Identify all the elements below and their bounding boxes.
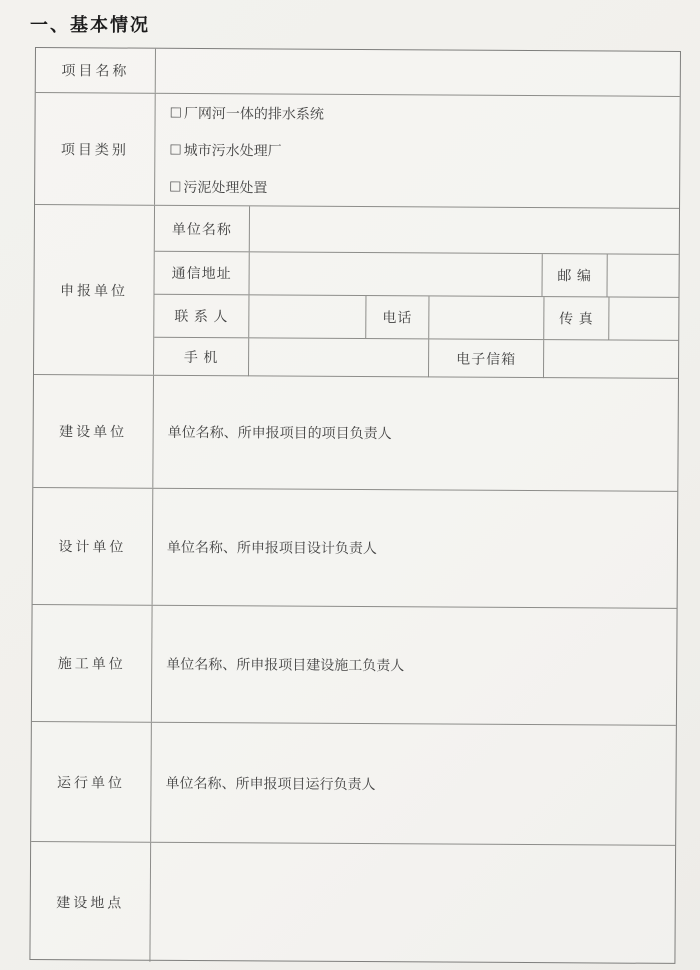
subrow-contact: 联 系 人 电话 传 真 xyxy=(154,295,678,341)
option-drainage-system: □ 厂网河一体的排水系统 xyxy=(169,94,679,134)
phone-label: 电话 xyxy=(366,296,429,338)
scanned-document-page: 一、基本情况 项目名称 项目类别 □ 厂网河一体的排水系统 □ 城市污水处理厂 … xyxy=(0,0,700,970)
subrow-mobile: 手 机 电子信箱 xyxy=(154,338,678,379)
applicant-unit-label: 申报单位 xyxy=(34,205,155,375)
phone-value-cell xyxy=(429,296,544,339)
project-category-label: 项目类别 xyxy=(35,93,156,205)
operating-unit-label: 运行单位 xyxy=(31,722,152,842)
row-operating-unit: 运行单位 单位名称、所申报项目运行负责人 xyxy=(31,722,676,846)
option-sludge-treatment: □ 污泥处理处置 xyxy=(169,168,679,208)
contact-value-cell xyxy=(249,295,366,338)
checkbox-icon: □ xyxy=(170,105,182,120)
unit-name-value-cell xyxy=(250,206,679,254)
construction-site-label: 建设地点 xyxy=(30,842,151,962)
project-name-label: 项目名称 xyxy=(36,48,156,93)
construction-site-content xyxy=(150,843,675,965)
checkbox-icon: □ xyxy=(169,142,181,157)
row-construction-site: 建设地点 xyxy=(30,842,675,965)
postcode-label: 邮 编 xyxy=(542,254,607,296)
row-project-name: 项目名称 xyxy=(36,48,680,97)
basic-info-table: 项目名称 项目类别 □ 厂网河一体的排水系统 □ 城市污水处理厂 □ 污泥处理处… xyxy=(29,47,681,964)
construction-unit-label: 建设单位 xyxy=(33,375,154,488)
design-unit-label: 设计单位 xyxy=(33,488,154,605)
applicant-unit-grid: 单位名称 通信地址 邮 编 联 系 人 电话 传 真 xyxy=(154,206,679,378)
section-title: 一、基本情况 xyxy=(30,11,150,37)
subrow-address: 通信地址 邮 编 xyxy=(154,252,678,298)
fax-label: 传 真 xyxy=(544,297,609,339)
option-label: 污泥处理处置 xyxy=(183,176,267,197)
row-project-category: 项目类别 □ 厂网河一体的排水系统 □ 城市污水处理厂 □ 污泥处理处置 xyxy=(35,93,680,209)
subrow-unit-name: 单位名称 xyxy=(155,206,679,255)
option-sewage-plant: □ 城市污水处理厂 xyxy=(169,131,679,171)
postcode-value-cell xyxy=(607,255,678,297)
option-label: 城市污水处理厂 xyxy=(184,139,282,160)
checkbox-icon: □ xyxy=(169,179,181,194)
mobile-label: 手 机 xyxy=(154,338,249,377)
email-label: 电子信箱 xyxy=(429,339,544,378)
builder-unit-content: 单位名称、所申报项目建设施工负责人 xyxy=(152,606,677,725)
row-design-unit: 设计单位 单位名称、所申报项目设计负责人 xyxy=(33,488,678,609)
builder-unit-label: 施工单位 xyxy=(32,605,153,722)
address-label: 通信地址 xyxy=(154,252,249,295)
address-value-cell xyxy=(249,252,542,296)
row-builder-unit: 施工单位 单位名称、所申报项目建设施工负责人 xyxy=(32,605,677,726)
construction-unit-content: 单位名称、所申报项目的项目负责人 xyxy=(153,376,678,491)
operating-unit-content: 单位名称、所申报项目运行负责人 xyxy=(151,723,676,845)
unit-name-label: 单位名称 xyxy=(155,206,250,252)
project-category-options: □ 厂网河一体的排水系统 □ 城市污水处理厂 □ 污泥处理处置 xyxy=(155,94,680,208)
contact-label: 联 系 人 xyxy=(154,295,249,338)
row-construction-unit: 建设单位 单位名称、所申报项目的项目负责人 xyxy=(33,375,678,492)
mobile-value-cell xyxy=(249,338,429,377)
project-name-value-cell xyxy=(156,49,680,96)
email-value-cell xyxy=(544,340,678,379)
design-unit-content: 单位名称、所申报项目设计负责人 xyxy=(153,489,678,608)
option-label: 厂网河一体的排水系统 xyxy=(184,102,324,123)
row-applicant-unit: 申报单位 单位名称 通信地址 邮 编 联 系 人 电话 传 xyxy=(34,205,679,379)
fax-value-cell xyxy=(609,298,678,340)
